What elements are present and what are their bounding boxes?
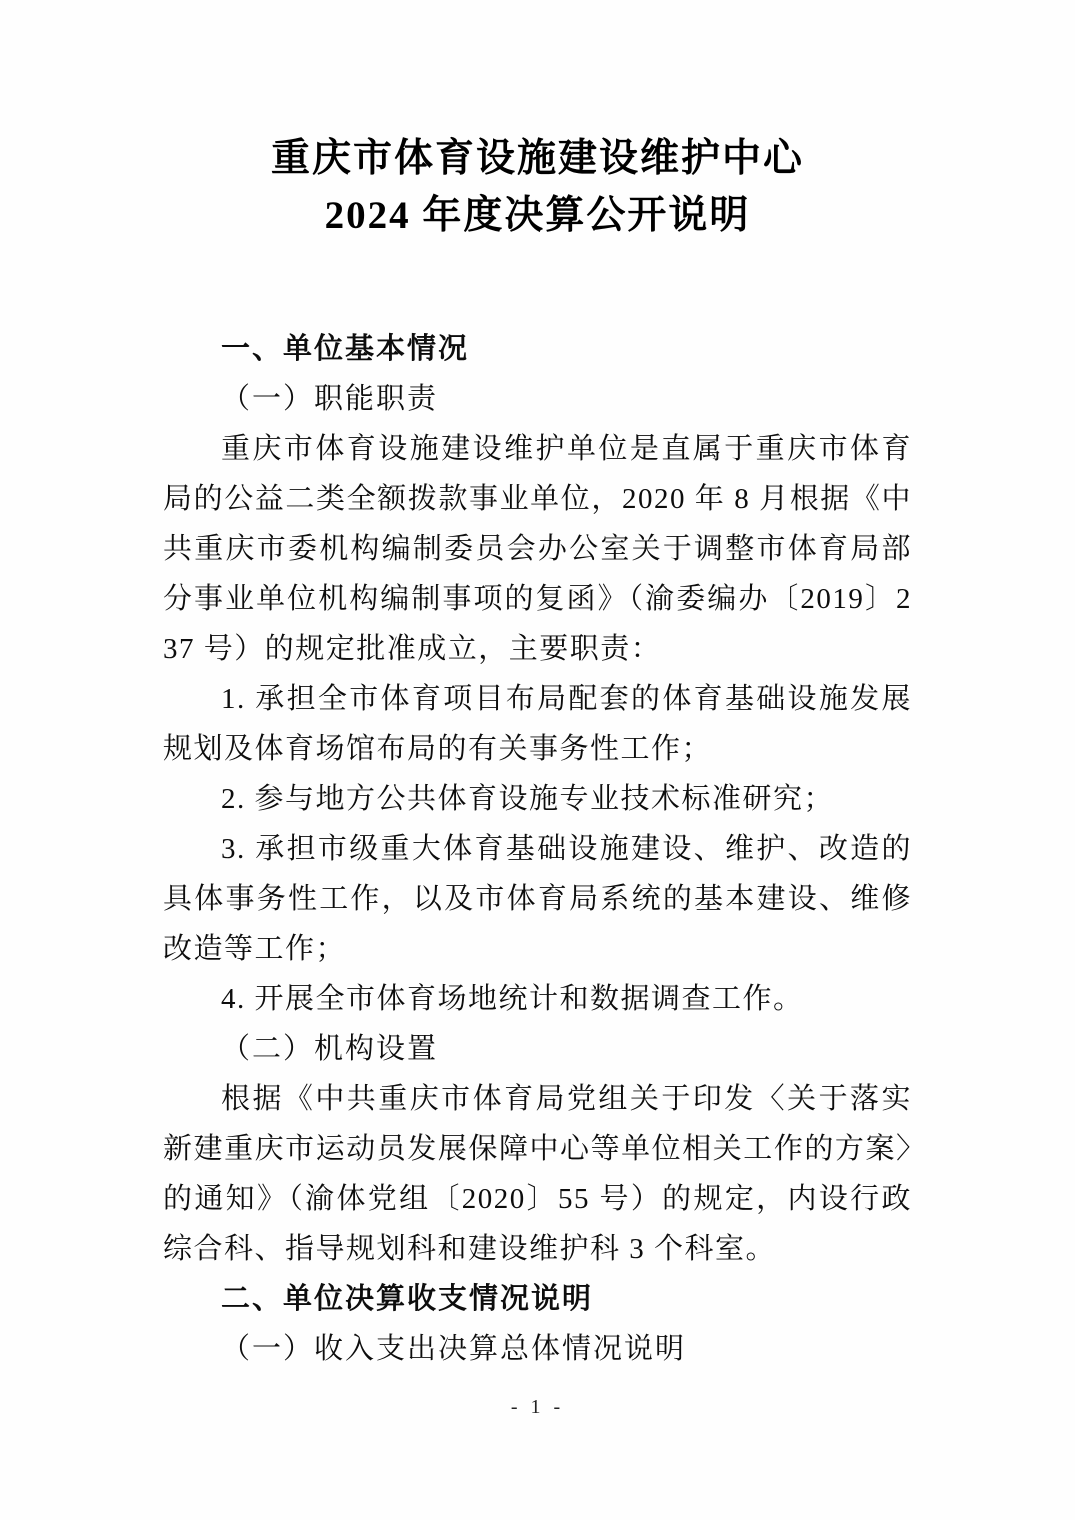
page-number: - 1 - <box>0 1396 1075 1419</box>
paragraph-unit-establishment: 重庆市体育设施建设维护单位是直属于重庆市体育局的公益二类全额拨款事业单位，202… <box>163 424 912 674</box>
paragraph-duty-item-1: 1. 承担全市体育项目布局配套的体育基础设施发展规划及体育场馆布局的有关事务性工… <box>163 674 912 774</box>
document-title-line-1: 重庆市体育设施建设维护中心 <box>0 130 1075 187</box>
paragraph-duty-item-2: 2. 参与地方公共体育设施专业技术标准研究； <box>163 774 912 824</box>
subsection-heading-functions-duties: （一）职能职责 <box>163 374 912 424</box>
subsection-heading-income-expenditure: （一）收入支出决算总体情况说明 <box>163 1324 912 1374</box>
document-title-line-2: 2024 年度决算公开说明 <box>0 187 1075 244</box>
section-heading-unit-basic-info: 一、单位基本情况 <box>163 324 912 374</box>
section-heading-final-accounts: 二、单位决算收支情况说明 <box>163 1274 912 1324</box>
document-page: 重庆市体育设施建设维护中心 2024 年度决算公开说明 一、单位基本情况 （一）… <box>0 0 1075 1520</box>
paragraph-duty-item-4: 4. 开展全市体育场地统计和数据调查工作。 <box>163 974 912 1024</box>
paragraph-duty-item-3: 3. 承担市级重大体育基础设施建设、维护、改造的具体事务性工作，以及市体育局系统… <box>163 824 912 974</box>
paragraph-organization-details: 根据《中共重庆市体育局党组关于印发〈关于落实新建重庆市运动员发展保障中心等单位相… <box>163 1074 912 1274</box>
document-title: 重庆市体育设施建设维护中心 2024 年度决算公开说明 <box>0 130 1075 244</box>
subsection-heading-organization-setup: （二）机构设置 <box>163 1024 912 1074</box>
document-body: 一、单位基本情况 （一）职能职责 重庆市体育设施建设维护单位是直属于重庆市体育局… <box>163 324 912 1374</box>
